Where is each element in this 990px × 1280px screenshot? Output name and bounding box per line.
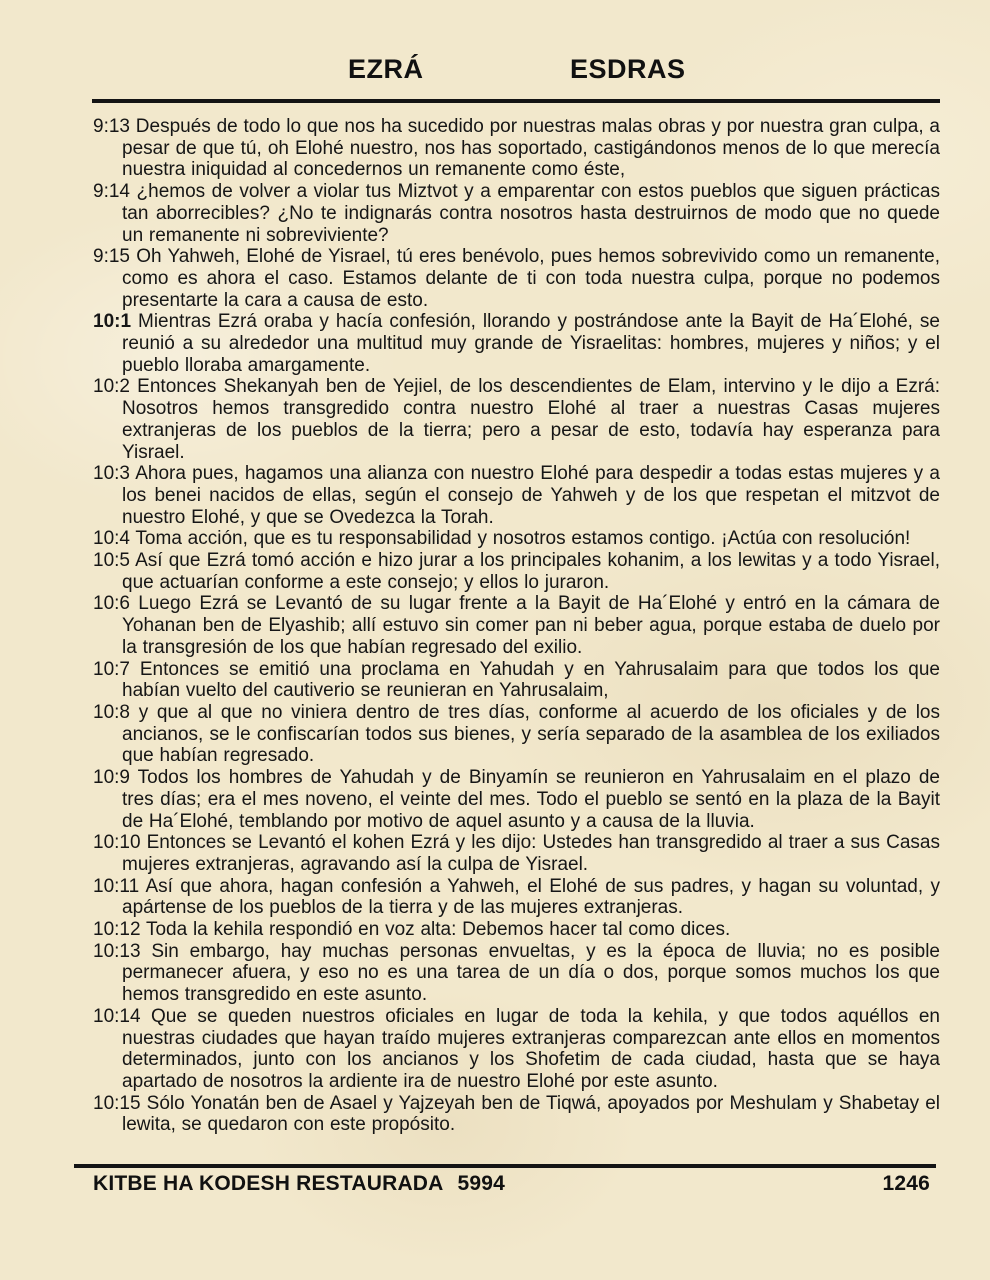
footer-edition-label: KITBE HA KODESH RESTAURADA (93, 1172, 444, 1196)
verse-number: 9:14 (93, 181, 130, 202)
verse-number: 10:12 (93, 919, 141, 940)
verse-10-12: 10:12 Toda la kehila respondió en voz al… (93, 919, 940, 941)
footer-rule (74, 1164, 936, 1168)
page-header: EZRÁ ESDRAS (0, 0, 990, 110)
footer-edition: KITBE HA KODESH RESTAURADA 5994 (93, 1172, 505, 1196)
book-title-esdras: ESDRAS (570, 54, 686, 85)
verse-number: 10:9 (93, 767, 130, 788)
verse-number: 10:15 (93, 1093, 141, 1114)
verse-9-13: 9:13 Después de todo lo que nos ha suced… (93, 116, 940, 181)
verse-10-4: 10:4 Toma acción, que es tu responsabili… (93, 528, 940, 550)
verse-10-10: 10:10 Entonces se Levantó el kohen Ezrá … (93, 832, 940, 875)
verse-10-9: 10:9 Todos los hombres de Yahudah y de B… (93, 767, 940, 832)
page: { "page": { "background_color": "#f2e8cc… (0, 0, 990, 1280)
verse-10-2: 10:2 Entonces Shekanyah ben de Yejiel, d… (93, 376, 940, 463)
verse-number: 10:13 (93, 941, 141, 962)
verse-number: 10:11 (93, 876, 139, 897)
verse-10-1: 10:1 Mientras Ezrá oraba y hacía confesi… (93, 311, 940, 376)
verse-number: 10:7 (93, 659, 130, 680)
verse-number: 10:5 (93, 550, 130, 571)
verse-number: 9:15 (93, 246, 130, 267)
verse-10-11: 10:11 Así que ahora, hagan confesión a Y… (93, 876, 940, 919)
verse-10-6: 10:6 Luego Ezrá se Levantó de su lugar f… (93, 593, 940, 658)
verse-10-14: 10:14 Que se queden nuestros oficiales e… (93, 1006, 940, 1093)
verse-number: 9:13 (93, 116, 130, 137)
verse-10-13: 10:13 Sin embargo, hay muchas personas e… (93, 941, 940, 1006)
verse-10-7: 10:7 Entonces se emitió una proclama en … (93, 659, 940, 702)
verse-10-8: 10:8 y que al que no viniera dentro de t… (93, 702, 940, 767)
verse-9-14: 9:14 ¿hemos de volver a violar tus Miztv… (93, 181, 940, 246)
verse-number: 10:6 (93, 593, 130, 614)
footer-edition-year: 5994 (458, 1172, 506, 1196)
verse-number: 10:14 (93, 1006, 141, 1027)
book-title-ezra: EZRÁ (348, 54, 424, 85)
verse-list: 9:13 Después de todo lo que nos ha suced… (93, 116, 940, 1162)
header-rule (92, 99, 940, 103)
verse-number: 10:4 (93, 528, 130, 549)
verse-number: 10:8 (93, 702, 130, 723)
verse-number: 10:2 (93, 376, 130, 397)
verse-9-15: 9:15 Oh Yahweh, Elohé de Yisrael, tú ere… (93, 246, 940, 311)
verse-10-5: 10:5 Así que Ezrá tomó acción e hizo jur… (93, 550, 940, 593)
footer-page-number: 1246 (882, 1172, 930, 1196)
verse-10-3: 10:3 Ahora pues, hagamos una alianza con… (93, 463, 940, 528)
verse-number: 10:3 (93, 463, 130, 484)
page-footer: KITBE HA KODESH RESTAURADA 5994 1246 (93, 1172, 930, 1196)
verse-number: 10:10 (93, 832, 141, 853)
verse-10-15: 10:15 Sólo Yonatán ben de Asael y Yajzey… (93, 1093, 940, 1136)
verse-number: 10:1 (93, 311, 131, 332)
